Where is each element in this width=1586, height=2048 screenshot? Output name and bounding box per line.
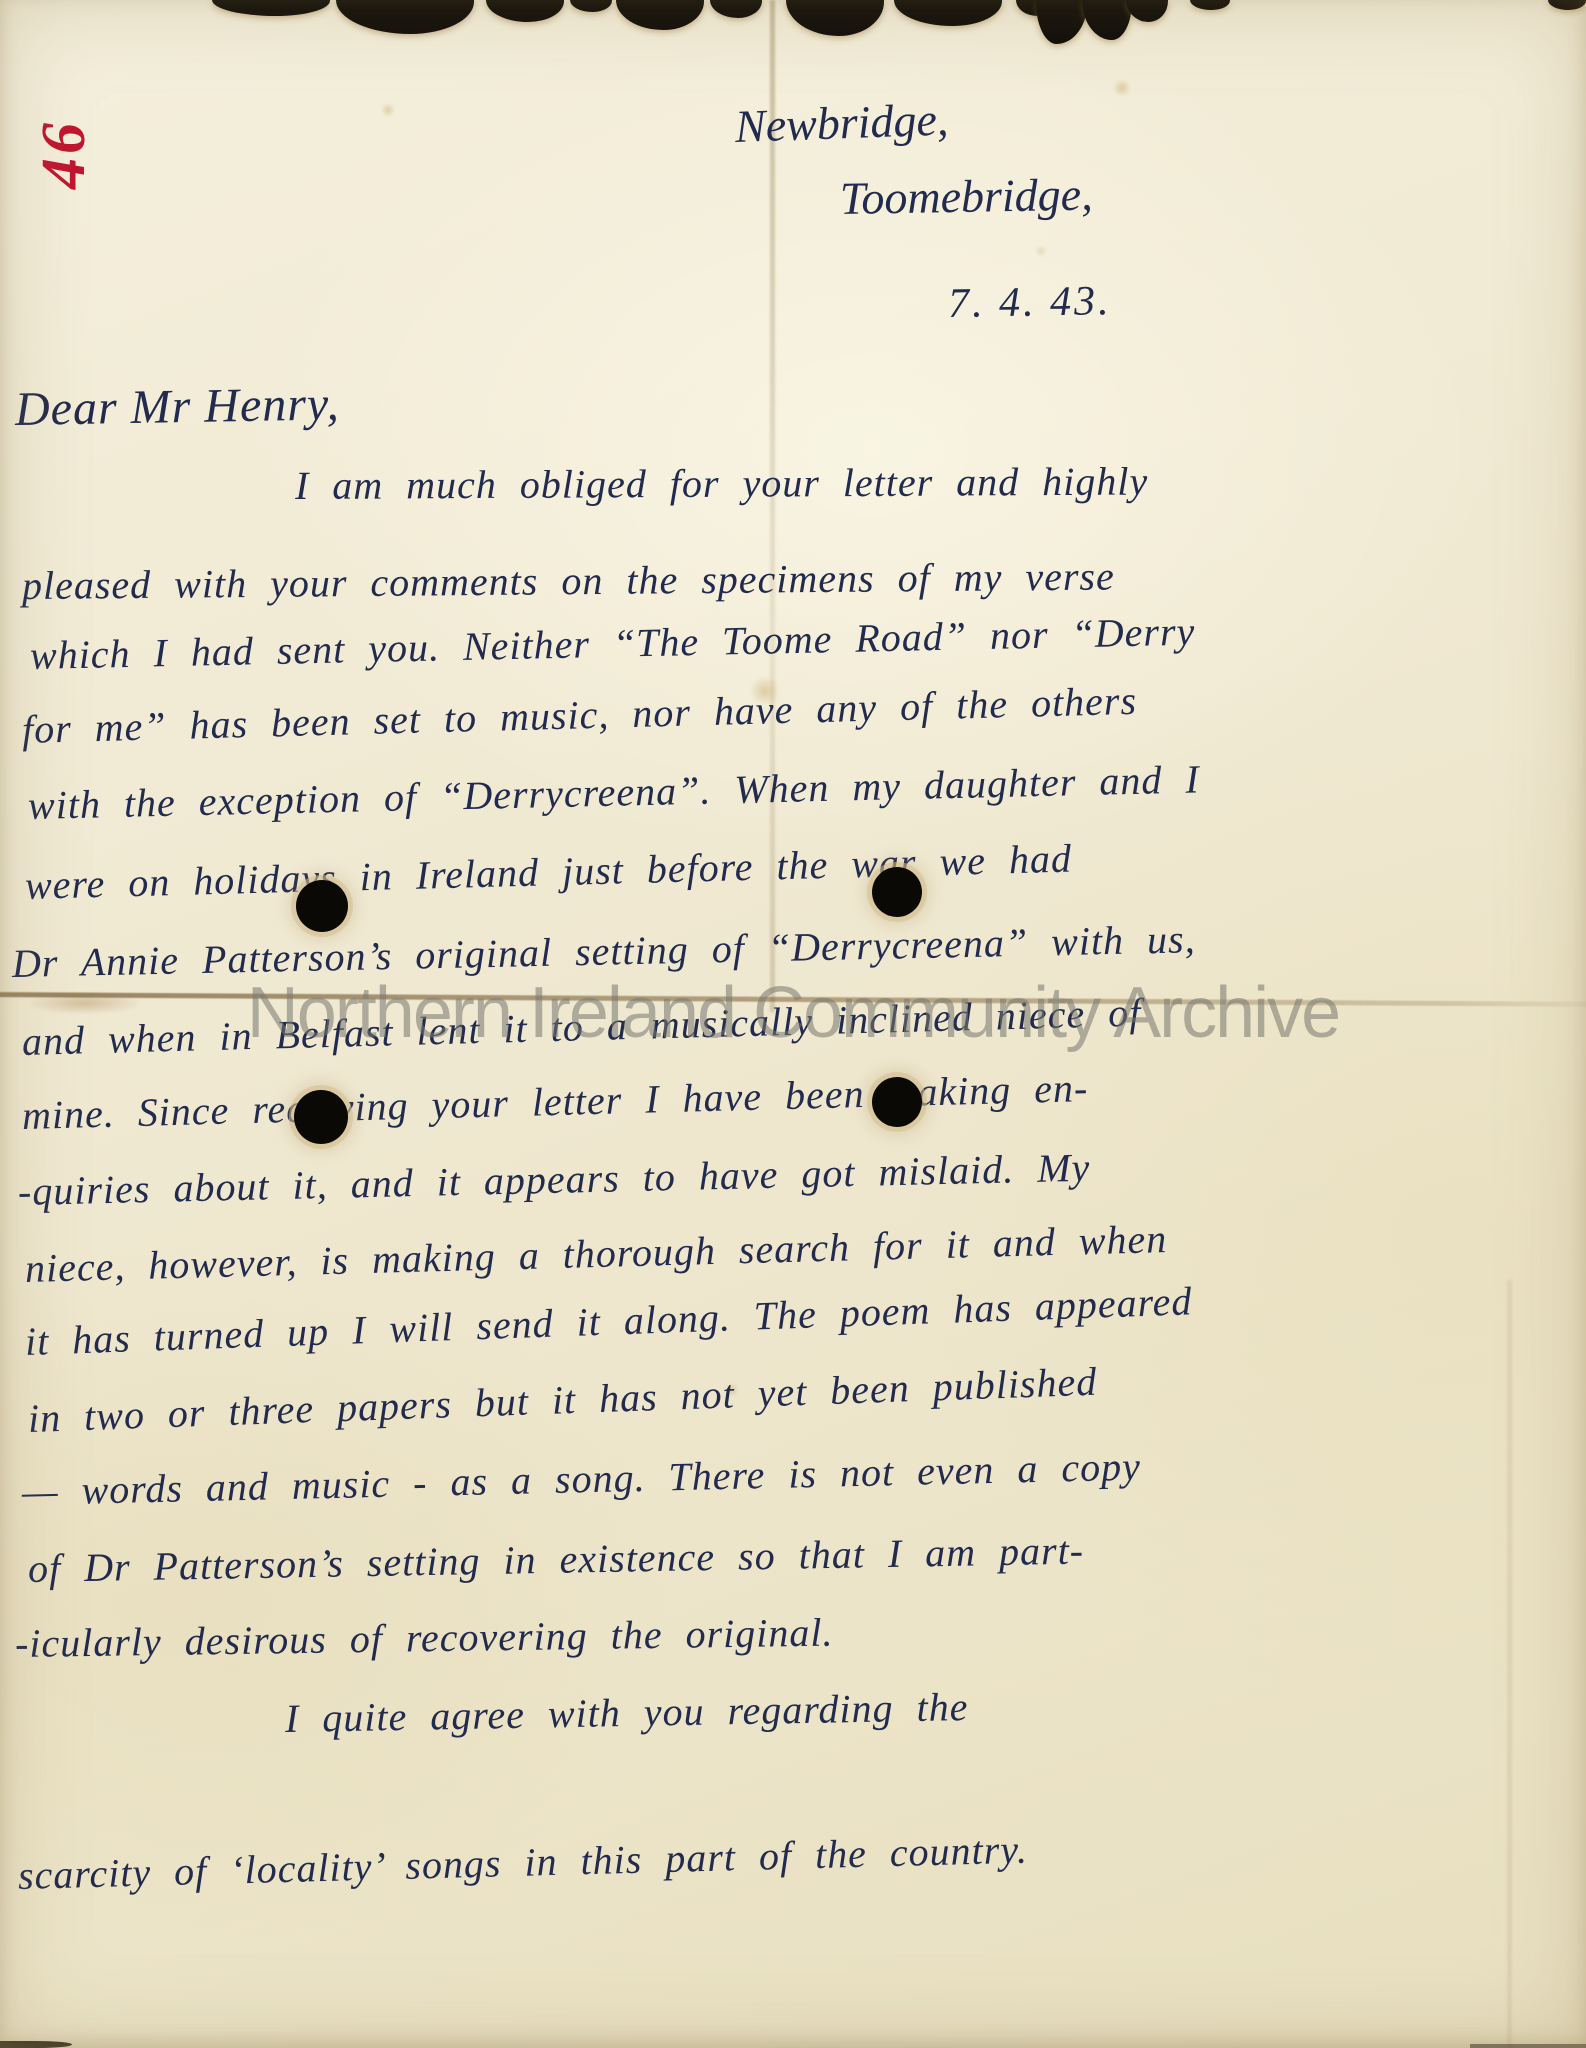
tear-blob — [894, 0, 1002, 26]
bottom-edge-mark — [0, 2041, 72, 2048]
heading-townland-line: Toomebridge, — [840, 168, 1093, 225]
tear-blob — [1126, 0, 1168, 22]
catalog-number-text: 46 — [33, 119, 95, 189]
tear-blob — [1036, 0, 1088, 44]
heading-date-line: 7. 4. 43. — [948, 277, 1112, 328]
stain-spot — [1112, 80, 1132, 96]
salutation: Dear Mr Henry, — [15, 376, 341, 437]
stain-spot — [380, 104, 396, 116]
heading-place-line: Newbridge, — [734, 93, 949, 153]
letter-line: pleased with your comments on the specim… — [22, 552, 1115, 609]
punch-hole — [872, 867, 922, 917]
tear-blob — [1548, 0, 1586, 10]
bottom-edge-mark — [1470, 2044, 1586, 2048]
tear-blob — [212, 0, 330, 16]
punch-hole — [294, 1090, 348, 1144]
tear-blob — [1082, 0, 1132, 40]
archive-watermark: Northern Ireland Community Archive — [0, 972, 1586, 1054]
tear-blob — [486, 0, 564, 22]
punch-hole — [296, 880, 348, 932]
letter-line: I am much obliged for your letter and hi… — [295, 458, 1148, 509]
scanned-letter-page: { "page": { "catalog_number": "46", "wat… — [0, 0, 1586, 2048]
tear-blob — [570, 0, 612, 12]
punch-hole — [872, 1077, 922, 1127]
tear-blob — [336, 0, 474, 34]
stain-spot — [1034, 246, 1048, 256]
catalog-number: 46 — [6, 92, 122, 216]
tear-blob — [616, 0, 704, 30]
right-fold-crease — [1508, 1280, 1511, 2048]
tear-blob — [1190, 0, 1230, 10]
tear-blob — [710, 0, 762, 18]
tear-blob — [786, 0, 884, 36]
